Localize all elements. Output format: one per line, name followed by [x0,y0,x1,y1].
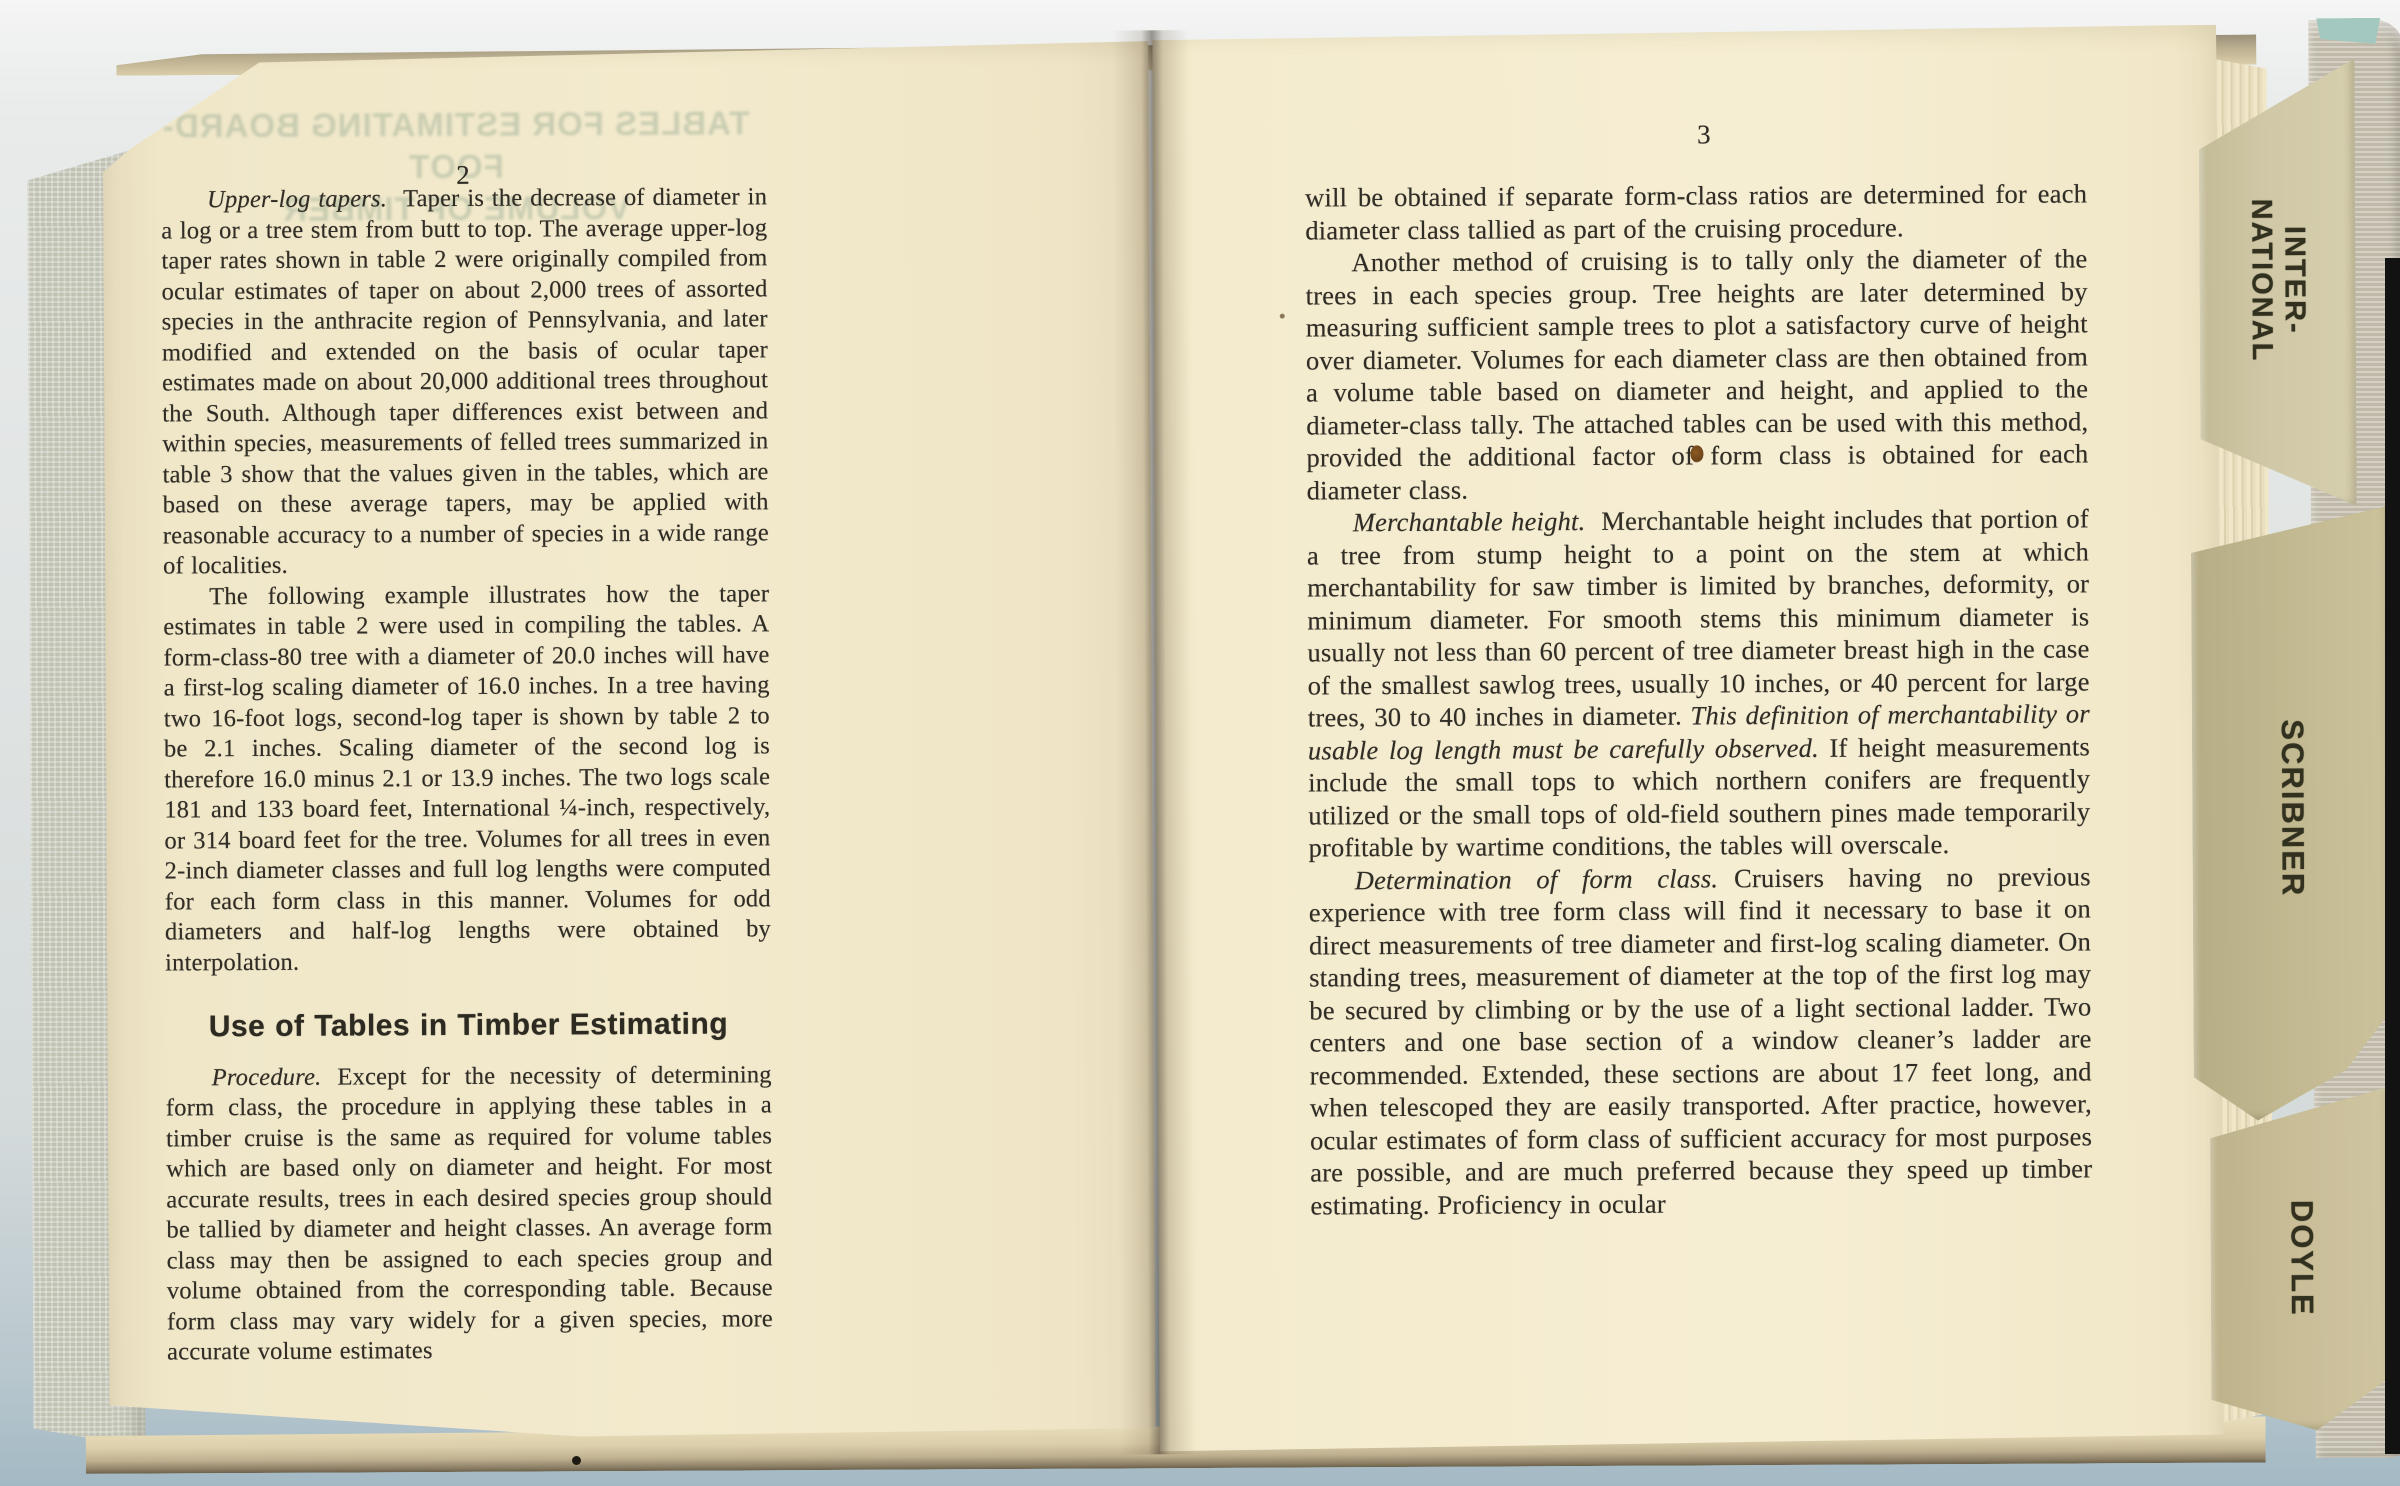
italic-text-segment: Determination of form class. [1355,863,1719,895]
book-scan: TABLES FOR ESTIMATING BOARD-FOOT VOLUME … [0,0,2400,1486]
italic-text-segment: Procedure. [212,1063,322,1091]
paragraph-procedure: Procedure.Except for the necessity of de… [166,1060,774,1368]
paragraph-determination-form-class: Determination of form class.Cruisers hav… [1309,860,2093,1222]
tab-international-label: INTER- NATIONAL [2244,198,2311,362]
text-segment: Cruisers having no previous experience w… [1309,861,2093,1220]
paragraph-upper-log-tapers: Upper-log tapers.Taper is the decrease o… [161,182,769,582]
italic-text-segment: Merchantable height. [1353,506,1586,537]
gutter-shadow [1112,30,1195,1454]
small-speck [1280,314,1285,319]
text-segment: The following example illustrates how th… [163,580,771,976]
paragraph-taper-example: The following example illustrates how th… [163,579,771,979]
text-segment: Taper is the decrease of diameter in a l… [161,183,769,579]
open-book: TABLES FOR ESTIMATING BOARD-FOOT VOLUME … [26,18,2390,1478]
text-column-left: Upper-log tapers.Taper is the decrease o… [161,182,773,1368]
paragraph-another-method: Another method of cruising is to tally o… [1305,242,2088,506]
tab-scribner-label: SCRIBNER [2274,719,2311,897]
text-segment: will be obtained if separate form-class … [1305,178,2087,245]
tab-doyle: DOYLE [2210,1086,2394,1431]
page-left: TABLES FOR ESTIMATING BOARD-FOOT VOLUME … [102,38,1155,1441]
stain-speck [1690,445,1703,462]
scan-dark-edge [2385,258,2400,1454]
section-heading: Use of Tables in Timber Estimating [165,1009,771,1043]
page-right: 3 will be obtained if separate form-clas… [1152,25,2223,1455]
text-column-right: will be obtained if separate form-class … [1305,177,2092,1221]
italic-text-segment: Upper-log tapers. [207,185,387,213]
ink-dot [572,1456,581,1465]
tab-international-line2: NATIONAL [2244,199,2278,363]
tab-doyle-label: DOYLE [2283,1200,2320,1317]
text-segment: Except for the necessity of determining … [166,1061,773,1366]
paragraph-merchantable-height: Merchantable height.Merchantable height … [1307,502,2091,864]
paragraph-continuation: will be obtained if separate form-class … [1305,177,2087,246]
text-segment: Another method of cruising is to tally o… [1306,243,2089,505]
tab-international-line1: INTER- [2277,198,2311,362]
tab-scribner: SCRIBNER [2191,496,2394,1121]
page-number-right: 3 [1313,117,2095,152]
